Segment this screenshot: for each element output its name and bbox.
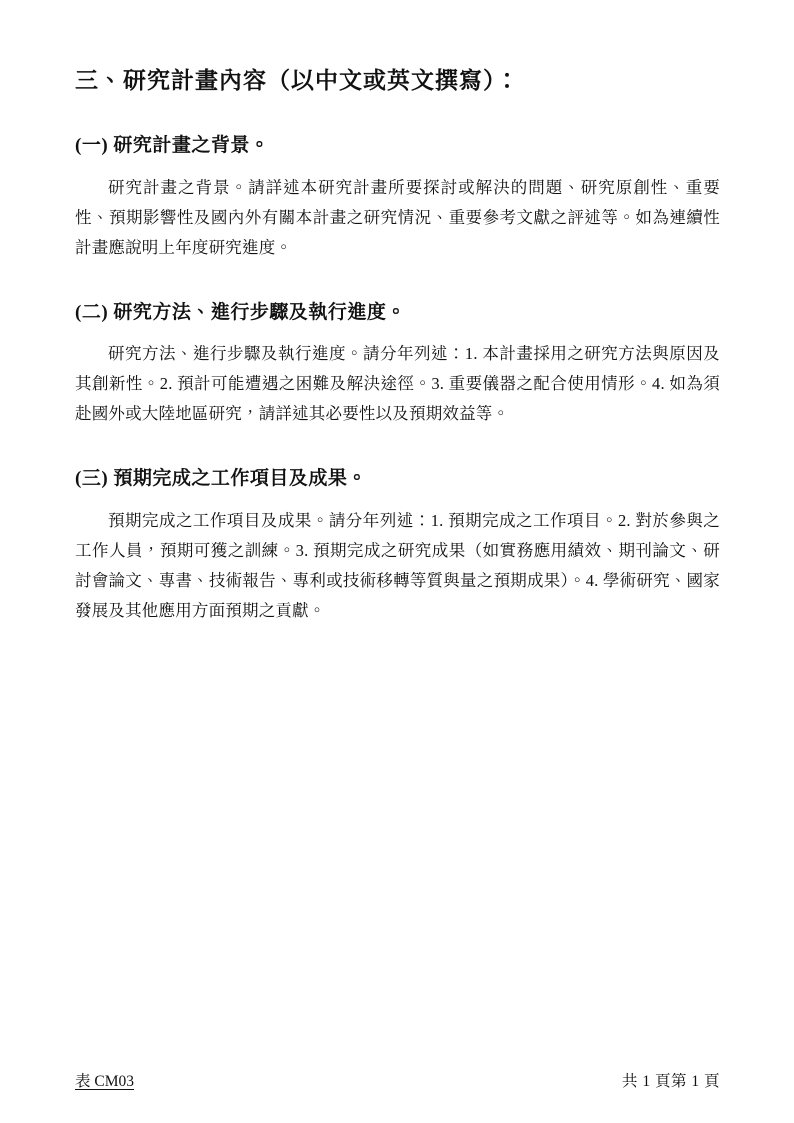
section-expected-results: (三) 預期完成之工作項目及成果。 預期完成之工作項目及成果。請分年列述：1. … [75, 429, 720, 626]
section-methods-heading: (二) 研究方法、進行步驟及執行進度。 [75, 263, 720, 326]
document-page: 三、研究計畫內容（以中文或英文撰寫）： (一) 研究計畫之背景。 研究計畫之背景… [0, 0, 794, 1123]
section-expected-results-body: 預期完成之工作項目及成果。請分年列述：1. 預期完成之工作項目。2. 對於參與之… [75, 492, 720, 626]
section-methods-body: 研究方法、進行步驟及執行進度。請分年列述：1. 本計畫採用之研究方法與原因及其創… [75, 325, 720, 429]
page-footer: 表 CM03 共 1 頁第 1 頁 [75, 1069, 720, 1091]
section-background-body: 研究計畫之背景。請詳述本研究計畫所要探討或解決的問題、研究原創性、重要性、預期影… [75, 159, 720, 263]
page-title: 三、研究計畫內容（以中文或英文撰寫）： [75, 0, 720, 96]
page-number-info: 共 1 頁第 1 頁 [622, 1069, 720, 1091]
section-background: (一) 研究計畫之背景。 研究計畫之背景。請詳述本研究計畫所要探討或解決的問題、… [75, 96, 720, 263]
section-expected-results-heading: (三) 預期完成之工作項目及成果。 [75, 429, 720, 492]
section-methods: (二) 研究方法、進行步驟及執行進度。 研究方法、進行步驟及執行進度。請分年列述… [75, 263, 720, 430]
section-background-heading: (一) 研究計畫之背景。 [75, 96, 720, 159]
document-content: 三、研究計畫內容（以中文或英文撰寫）： (一) 研究計畫之背景。 研究計畫之背景… [75, 0, 720, 626]
form-code: 表 CM03 [75, 1069, 134, 1091]
